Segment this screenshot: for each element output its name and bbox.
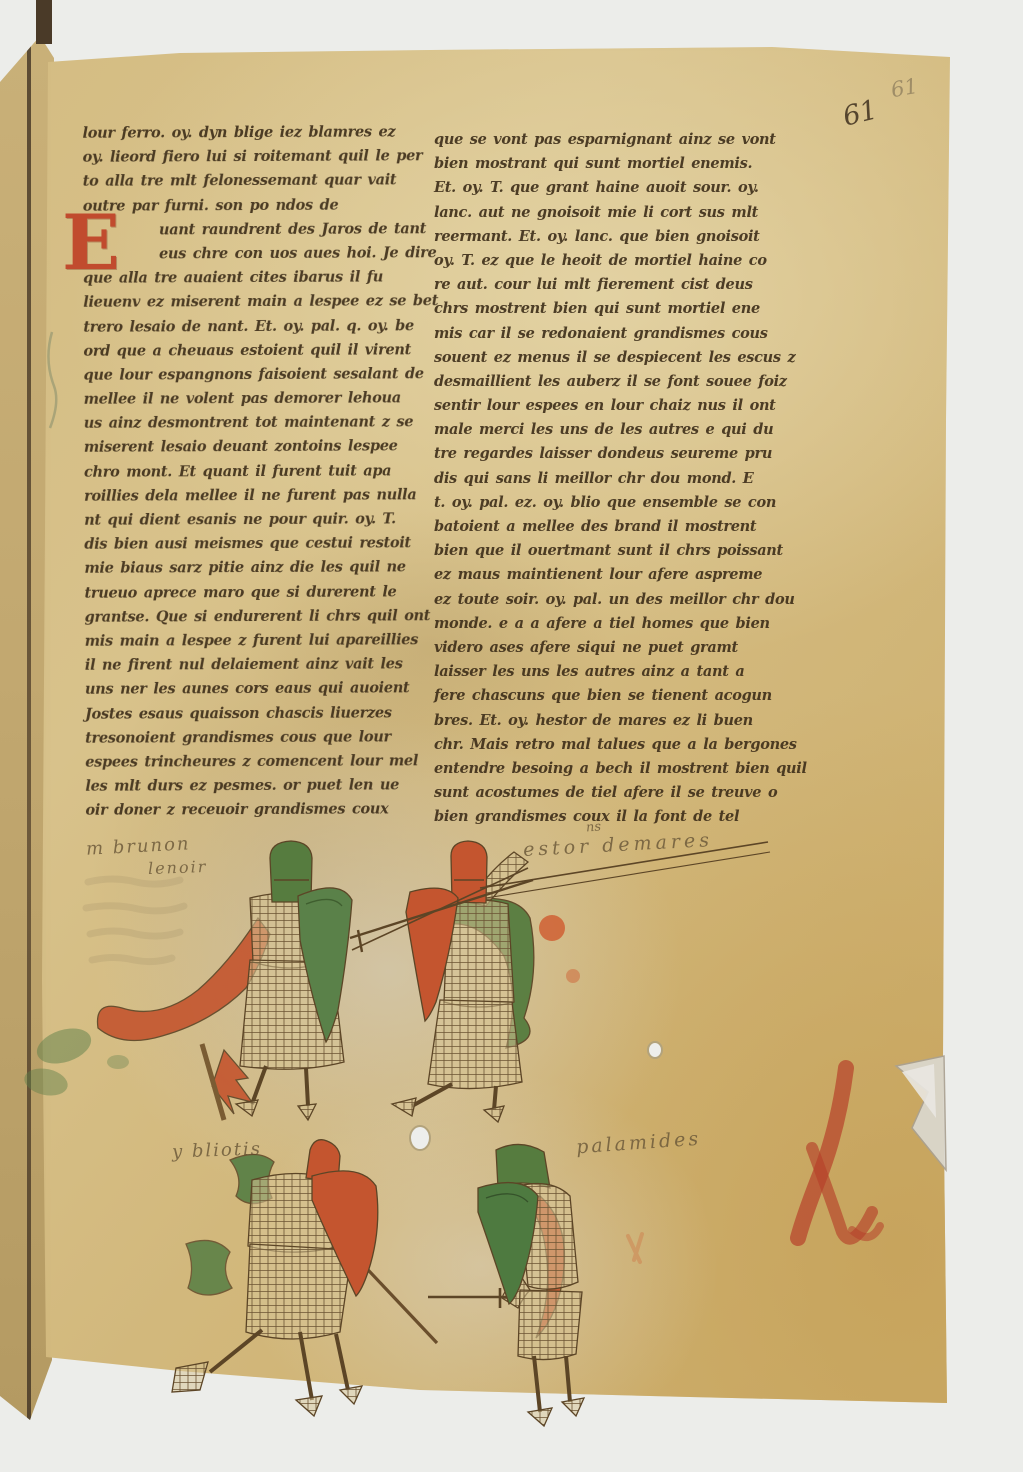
text-line: chro mont. Et quant il furent tuit apa bbox=[84, 459, 429, 485]
text-column-left: lour ferro. oy. dyn blige iez blamres ez… bbox=[82, 120, 430, 823]
text-line: mie biaus sarz pitie ainz die les quil n… bbox=[84, 556, 429, 582]
text-line: laisser les uns les autres ainz a tant a bbox=[434, 660, 784, 684]
text-line: male merci les uns de les autres e qui d… bbox=[434, 418, 784, 442]
text-line: ez maus maintienent lour afere aspreme bbox=[434, 563, 784, 587]
text-line: mis car il se redonaient grandismes cous bbox=[434, 322, 784, 346]
manuscript-page-photo: 61 61 E lour ferro. oy. dyn blige iez bl… bbox=[0, 0, 1023, 1472]
text-line: oy. lieord fiero lui si roitemant quil l… bbox=[83, 144, 428, 170]
text-line: re aut. cour lui mlt fierement cist deus bbox=[434, 273, 784, 297]
caption-brunor-line2: lenoir bbox=[148, 857, 208, 878]
text-line: desmaillient les auberz il se font souee… bbox=[434, 370, 784, 394]
text-line: oy. T. ez que le heoit de mortiel haine … bbox=[434, 249, 784, 273]
text-line: bien grandismes coux il la font de tel bbox=[434, 805, 784, 829]
caption-bliotis: y bliotis bbox=[172, 1138, 263, 1162]
text-line: Jostes esaus quaisson chascis liuerzes bbox=[85, 701, 430, 727]
text-line: espees trincheures z comencent lour mel bbox=[85, 749, 430, 775]
text-line: roillies dela mellee il ne furent pas nu… bbox=[84, 483, 429, 509]
text-line: uns ner les aunes cors eaus qui auoient bbox=[85, 677, 430, 703]
text-line: lanc. aut ne gnoisoit mie li cort sus ml… bbox=[434, 201, 784, 225]
text-line: grantse. Que si endurerent li chrs quil … bbox=[85, 604, 430, 630]
text-line: bres. Et. oy. hestor de mares ez li buen bbox=[434, 709, 784, 733]
text-line: ez toute soir. oy. pal. un des meillor c… bbox=[434, 588, 784, 612]
text-line: tresonoient grandismes cous que lour bbox=[85, 725, 430, 751]
text-line: fere chascuns que bien se tienent acogun bbox=[434, 684, 784, 708]
text-line: t. oy. pal. ez. oy. blio que ensemble se… bbox=[434, 491, 784, 515]
text-line: dis qui sans li meillor chr dou mond. E bbox=[434, 467, 784, 491]
text-line: que alla tre auaient cites ibarus il fu bbox=[83, 265, 428, 291]
text-line: videro ases afere siqui ne puet gramt bbox=[434, 636, 784, 660]
text-column-right: que se vont pas esparnignant ainz se von… bbox=[434, 128, 784, 829]
text-line: tre regardes laisser dondeus seureme pru bbox=[434, 442, 784, 466]
binding-tab bbox=[36, 0, 52, 44]
text-line: mis main a lespee z furent lui apareilli… bbox=[85, 628, 430, 654]
caption-estor-superscript: ns bbox=[585, 819, 601, 835]
text-line: dis bien ausi meismes que cestui restoit bbox=[84, 531, 429, 557]
text-line: us ainz desmontrent tot maintenant z se bbox=[84, 410, 429, 436]
text-line: nt qui dient esanis ne pour quir. oy. T. bbox=[84, 507, 429, 533]
text-line: les mlt durs ez pesmes. or puet len ue bbox=[85, 773, 430, 799]
text-line: que se vont pas esparnignant ainz se von… bbox=[434, 128, 784, 152]
text-line: to alla tre mlt felonessemant quar vait bbox=[83, 169, 428, 195]
text-line: chr. Mais retro mal talues que a la berg… bbox=[434, 733, 784, 757]
text-line: mellee il ne volent pas demorer lehoua bbox=[84, 386, 429, 412]
text-line: miserent lesaio deuant zontoins lespee bbox=[84, 435, 429, 461]
text-line: chrs mostrent bien qui sunt mortiel ene bbox=[434, 297, 784, 321]
text-line: sentir lour espees en lour chaiz nus il … bbox=[434, 394, 784, 418]
text-line: lour ferro. oy. dyn blige iez blamres ez bbox=[82, 120, 427, 146]
gutter-crease bbox=[27, 36, 31, 1426]
text-line: batoient a mellee des brand il mostrent bbox=[434, 515, 784, 539]
text-line: outre par furni. son po ndos de bbox=[83, 193, 428, 219]
text-line: monde. e a a afere a tiel homes que bien bbox=[434, 612, 784, 636]
text-line: lieuenv ez miserent main a lespee ez se … bbox=[83, 290, 428, 316]
text-line: oir doner z receuoir grandismes coux bbox=[85, 797, 430, 823]
text-line: uant raundrent des Jaros de tant bbox=[83, 217, 428, 243]
text-line: souent ez menus il se despiecent les esc… bbox=[434, 346, 784, 370]
text-line: il ne firent nul delaiement ainz vait le… bbox=[85, 652, 430, 678]
text-line: bien mostrant qui sunt mortiel enemis. bbox=[434, 152, 784, 176]
text-line: entendre besoing a bech il mostrent bien… bbox=[434, 757, 784, 781]
text-line: trero lesaio de nant. Et. oy. pal. q. oy… bbox=[83, 314, 428, 340]
text-line: trueuo aprece maro que si durerent le bbox=[84, 580, 429, 606]
folio-number-faint: 61 bbox=[889, 74, 919, 102]
text-line: que lour espangnons faisoient sesalant d… bbox=[84, 362, 429, 388]
text-line: sunt acostumes de tiel afere il se treuv… bbox=[434, 781, 784, 805]
text-line: bien que il ouertmant sunt il chrs poiss… bbox=[434, 539, 784, 563]
text-line: Et. oy. T. que grant haine auoit sour. o… bbox=[434, 176, 784, 200]
text-line: eus chre con uos aues hoi. Je dire bbox=[83, 241, 428, 267]
text-line: ord que a cheuaus estoient quil il viren… bbox=[83, 338, 428, 364]
text-line: reermant. Et. oy. lanc. que bien gnoisoi… bbox=[434, 225, 784, 249]
